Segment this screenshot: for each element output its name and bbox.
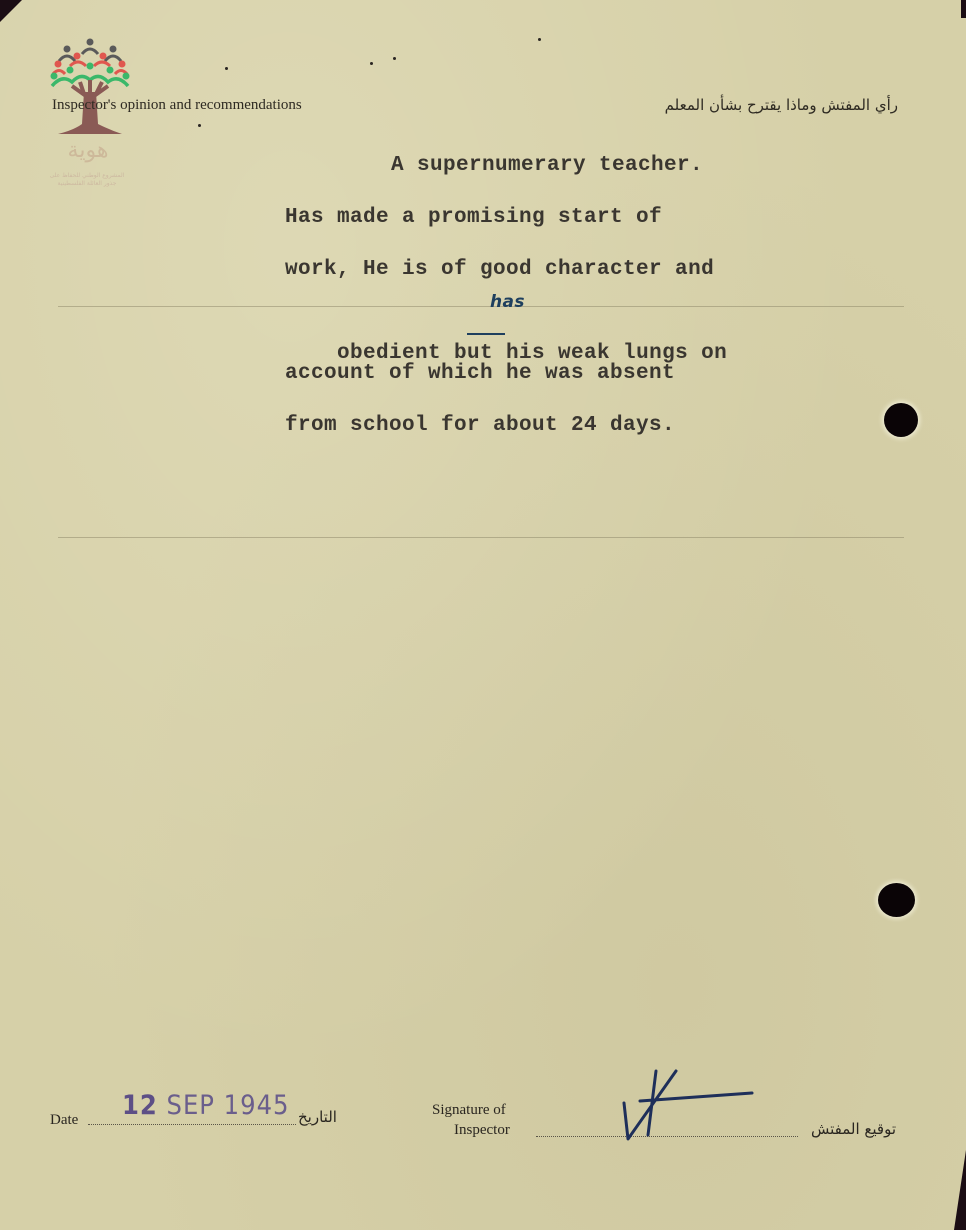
scan-corner-shadow [0, 0, 22, 22]
ruled-line [58, 537, 904, 538]
header-arabic: رأي المفتش وماذا يقترح بشأن المعلم [665, 96, 898, 114]
remark-line: from school for about 24 days. [285, 410, 727, 462]
handwritten-correction: has [490, 286, 525, 318]
scan-corner-shadow [954, 1150, 966, 1230]
date-label: Date [50, 1112, 78, 1129]
correction-strike [467, 333, 505, 335]
speck [538, 38, 541, 41]
inspector-signature [618, 1065, 758, 1145]
scan-edge-shadow [961, 0, 966, 18]
speck [198, 124, 201, 127]
speck [370, 62, 373, 65]
remark-line: account of which he was absent [285, 358, 727, 410]
punch-hole [878, 883, 915, 917]
signature-label: Signature of Inspector [432, 1100, 510, 1140]
typed-remarks: A supernumerary teacher. Has made a prom… [285, 150, 727, 462]
signature-label-line1: Signature of [432, 1100, 510, 1120]
date-stamp-month-year: SEP 1945 [167, 1090, 290, 1121]
header-english: Inspector's opinion and recommendations [52, 97, 302, 114]
tree-of-people-logo-icon [50, 34, 130, 194]
remark-line: Has made a promising start of [285, 202, 727, 254]
speck [393, 57, 396, 60]
remark-line: A supernumerary teacher. [285, 150, 727, 202]
watermark-word: هوية [62, 138, 114, 163]
signature-label-arabic: توقيع المفتش [811, 1120, 896, 1138]
punch-hole [884, 403, 918, 437]
date-stamp-day: 12 [122, 1090, 158, 1121]
remark-line: obedient but his weak lungs on has [285, 306, 727, 358]
signature-label-line2: Inspector [432, 1120, 510, 1140]
date-label-arabic: التاريخ [298, 1108, 337, 1126]
speck [225, 67, 228, 70]
date-field-line [88, 1124, 296, 1125]
watermark-caption: المشروع الوطني للحفاظ على جذور العائلة ا… [44, 172, 130, 188]
date-stamp: 12 SEP 1945 [122, 1090, 289, 1121]
